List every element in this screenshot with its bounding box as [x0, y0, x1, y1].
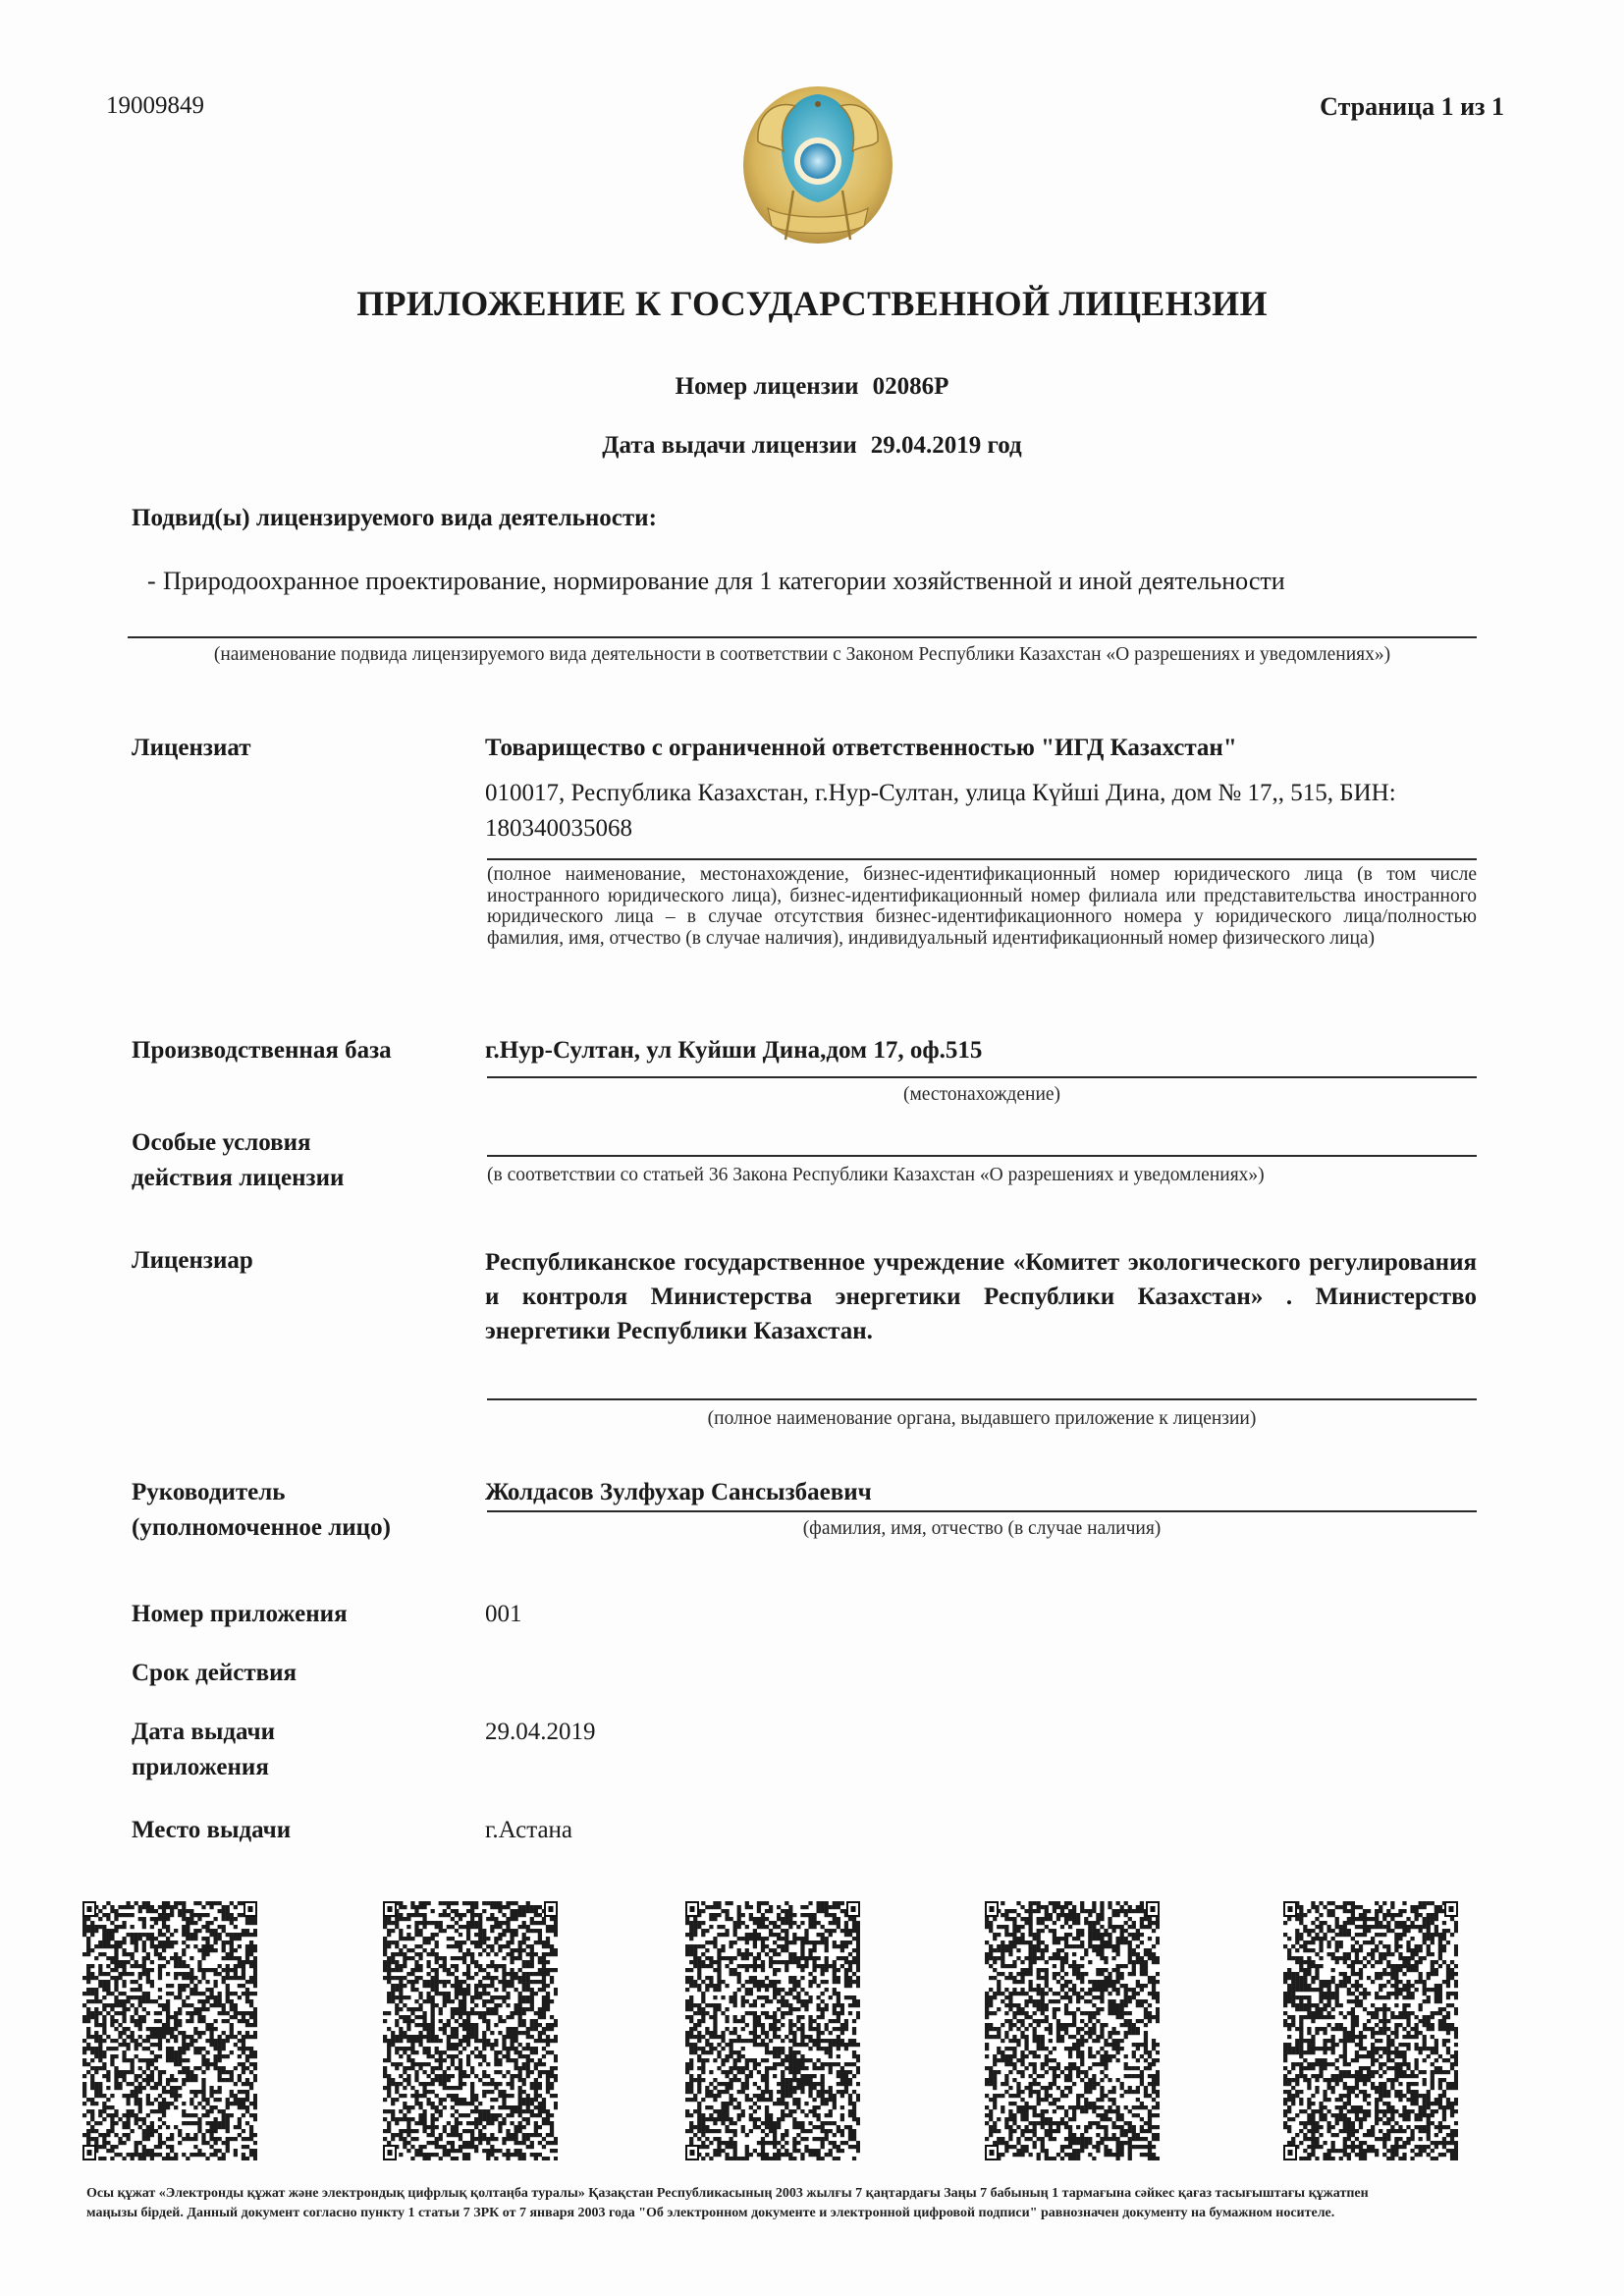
special-conditions-label-line1: Особые условия: [132, 1125, 344, 1161]
head-label: Руководитель (уполномоченное лицо): [132, 1475, 391, 1546]
licensor-value: Республиканское государственное учрежден…: [485, 1245, 1477, 1348]
head-label-line1: Руководитель: [132, 1475, 391, 1510]
head-note: (фамилия, имя, отчество (в случае наличи…: [487, 1516, 1477, 1541]
special-conditions-label: Особые условия действия лицензии: [132, 1125, 344, 1196]
production-base-value: г.Нур-Султан, ул Куйши Дина,дом 17, оф.5…: [485, 1033, 1477, 1068]
appendix-date-label-line1: Дата выдачи: [132, 1715, 275, 1750]
qr-code-3: [685, 1901, 860, 2160]
appendix-date-value: 29.04.2019: [485, 1715, 1477, 1750]
qr-code-1: [82, 1901, 257, 2160]
qr-code-4: [985, 1901, 1160, 2160]
special-conditions-note: (в соответствии со статьей 36 Закона Рес…: [487, 1163, 1477, 1187]
appendix-date-label: Дата выдачи приложения: [132, 1715, 275, 1785]
validity-label: Срок действия: [132, 1656, 297, 1691]
licensee-address: 010017, Республика Казахстан, г.Нур-Султ…: [485, 776, 1477, 847]
bullet-dash: -: [147, 564, 156, 598]
licensee-label: Лицензиат: [132, 731, 251, 766]
production-base-label: Производственная база: [132, 1033, 392, 1068]
divider: [128, 636, 1477, 638]
licensee-name: Товарищество с ограниченной ответственно…: [485, 731, 1477, 766]
issue-place-label: Место выдачи: [132, 1813, 291, 1848]
subtypes-heading: Подвид(ы) лицензируемого вида деятельнос…: [132, 505, 657, 532]
legal-footer: Осы құжат «Электронды құжат және электро…: [86, 2184, 1540, 2223]
license-date-value: 29.04.2019 год: [871, 432, 1022, 459]
appendix-date-label-line2: приложения: [132, 1750, 275, 1785]
license-date-label: Дата выдачи лицензии: [602, 432, 857, 459]
document-id: 19009849: [106, 92, 204, 120]
state-emblem-icon: [738, 82, 897, 247]
divider: [487, 858, 1477, 860]
license-number-row: Номер лицензии02086Р: [0, 373, 1624, 401]
divider: [487, 1398, 1477, 1400]
qr-code-2: [383, 1901, 558, 2160]
subtype-item-text: Природоохранное проектирование, нормиров…: [147, 564, 1326, 598]
head-label-line2: (уполномоченное лицо): [132, 1510, 391, 1546]
special-conditions-label-line2: действия лицензии: [132, 1161, 344, 1196]
appendix-number-label: Номер приложения: [132, 1597, 348, 1632]
divider: [487, 1076, 1477, 1078]
subtypes-note: (наименование подвида лицензируемого вид…: [128, 642, 1477, 667]
license-number-label: Номер лицензии: [676, 373, 859, 400]
footer-line-2: маңызы бірдей. Данный документ согласно …: [86, 2204, 1540, 2223]
license-date-row: Дата выдачи лицензии29.04.2019 год: [0, 432, 1624, 460]
license-number-value: 02086Р: [873, 373, 949, 400]
qr-code-5: [1283, 1901, 1458, 2160]
footer-line-1: Осы құжат «Электронды құжат және электро…: [86, 2184, 1540, 2204]
divider: [487, 1155, 1477, 1157]
production-base-note: (местонахождение): [487, 1082, 1477, 1107]
licensor-label: Лицензиар: [132, 1243, 253, 1279]
divider: [487, 1510, 1477, 1512]
licensee-note: (полное наименование, местонахождение, б…: [487, 864, 1477, 949]
appendix-number-value: 001: [485, 1597, 1477, 1632]
head-value: Жолдасов Зулфухар Сансызбаевич: [485, 1475, 1477, 1510]
page-counter: Страница 1 из 1: [1320, 92, 1504, 122]
licensor-note: (полное наименование органа, выдавшего п…: [487, 1406, 1477, 1431]
document-title: ПРИЛОЖЕНИЕ К ГОСУДАРСТВЕННОЙ ЛИЦЕНЗИИ: [0, 283, 1624, 324]
subtype-item: - Природоохранное проектирование, нормир…: [147, 564, 1326, 598]
issue-place-value: г.Астана: [485, 1813, 1477, 1848]
